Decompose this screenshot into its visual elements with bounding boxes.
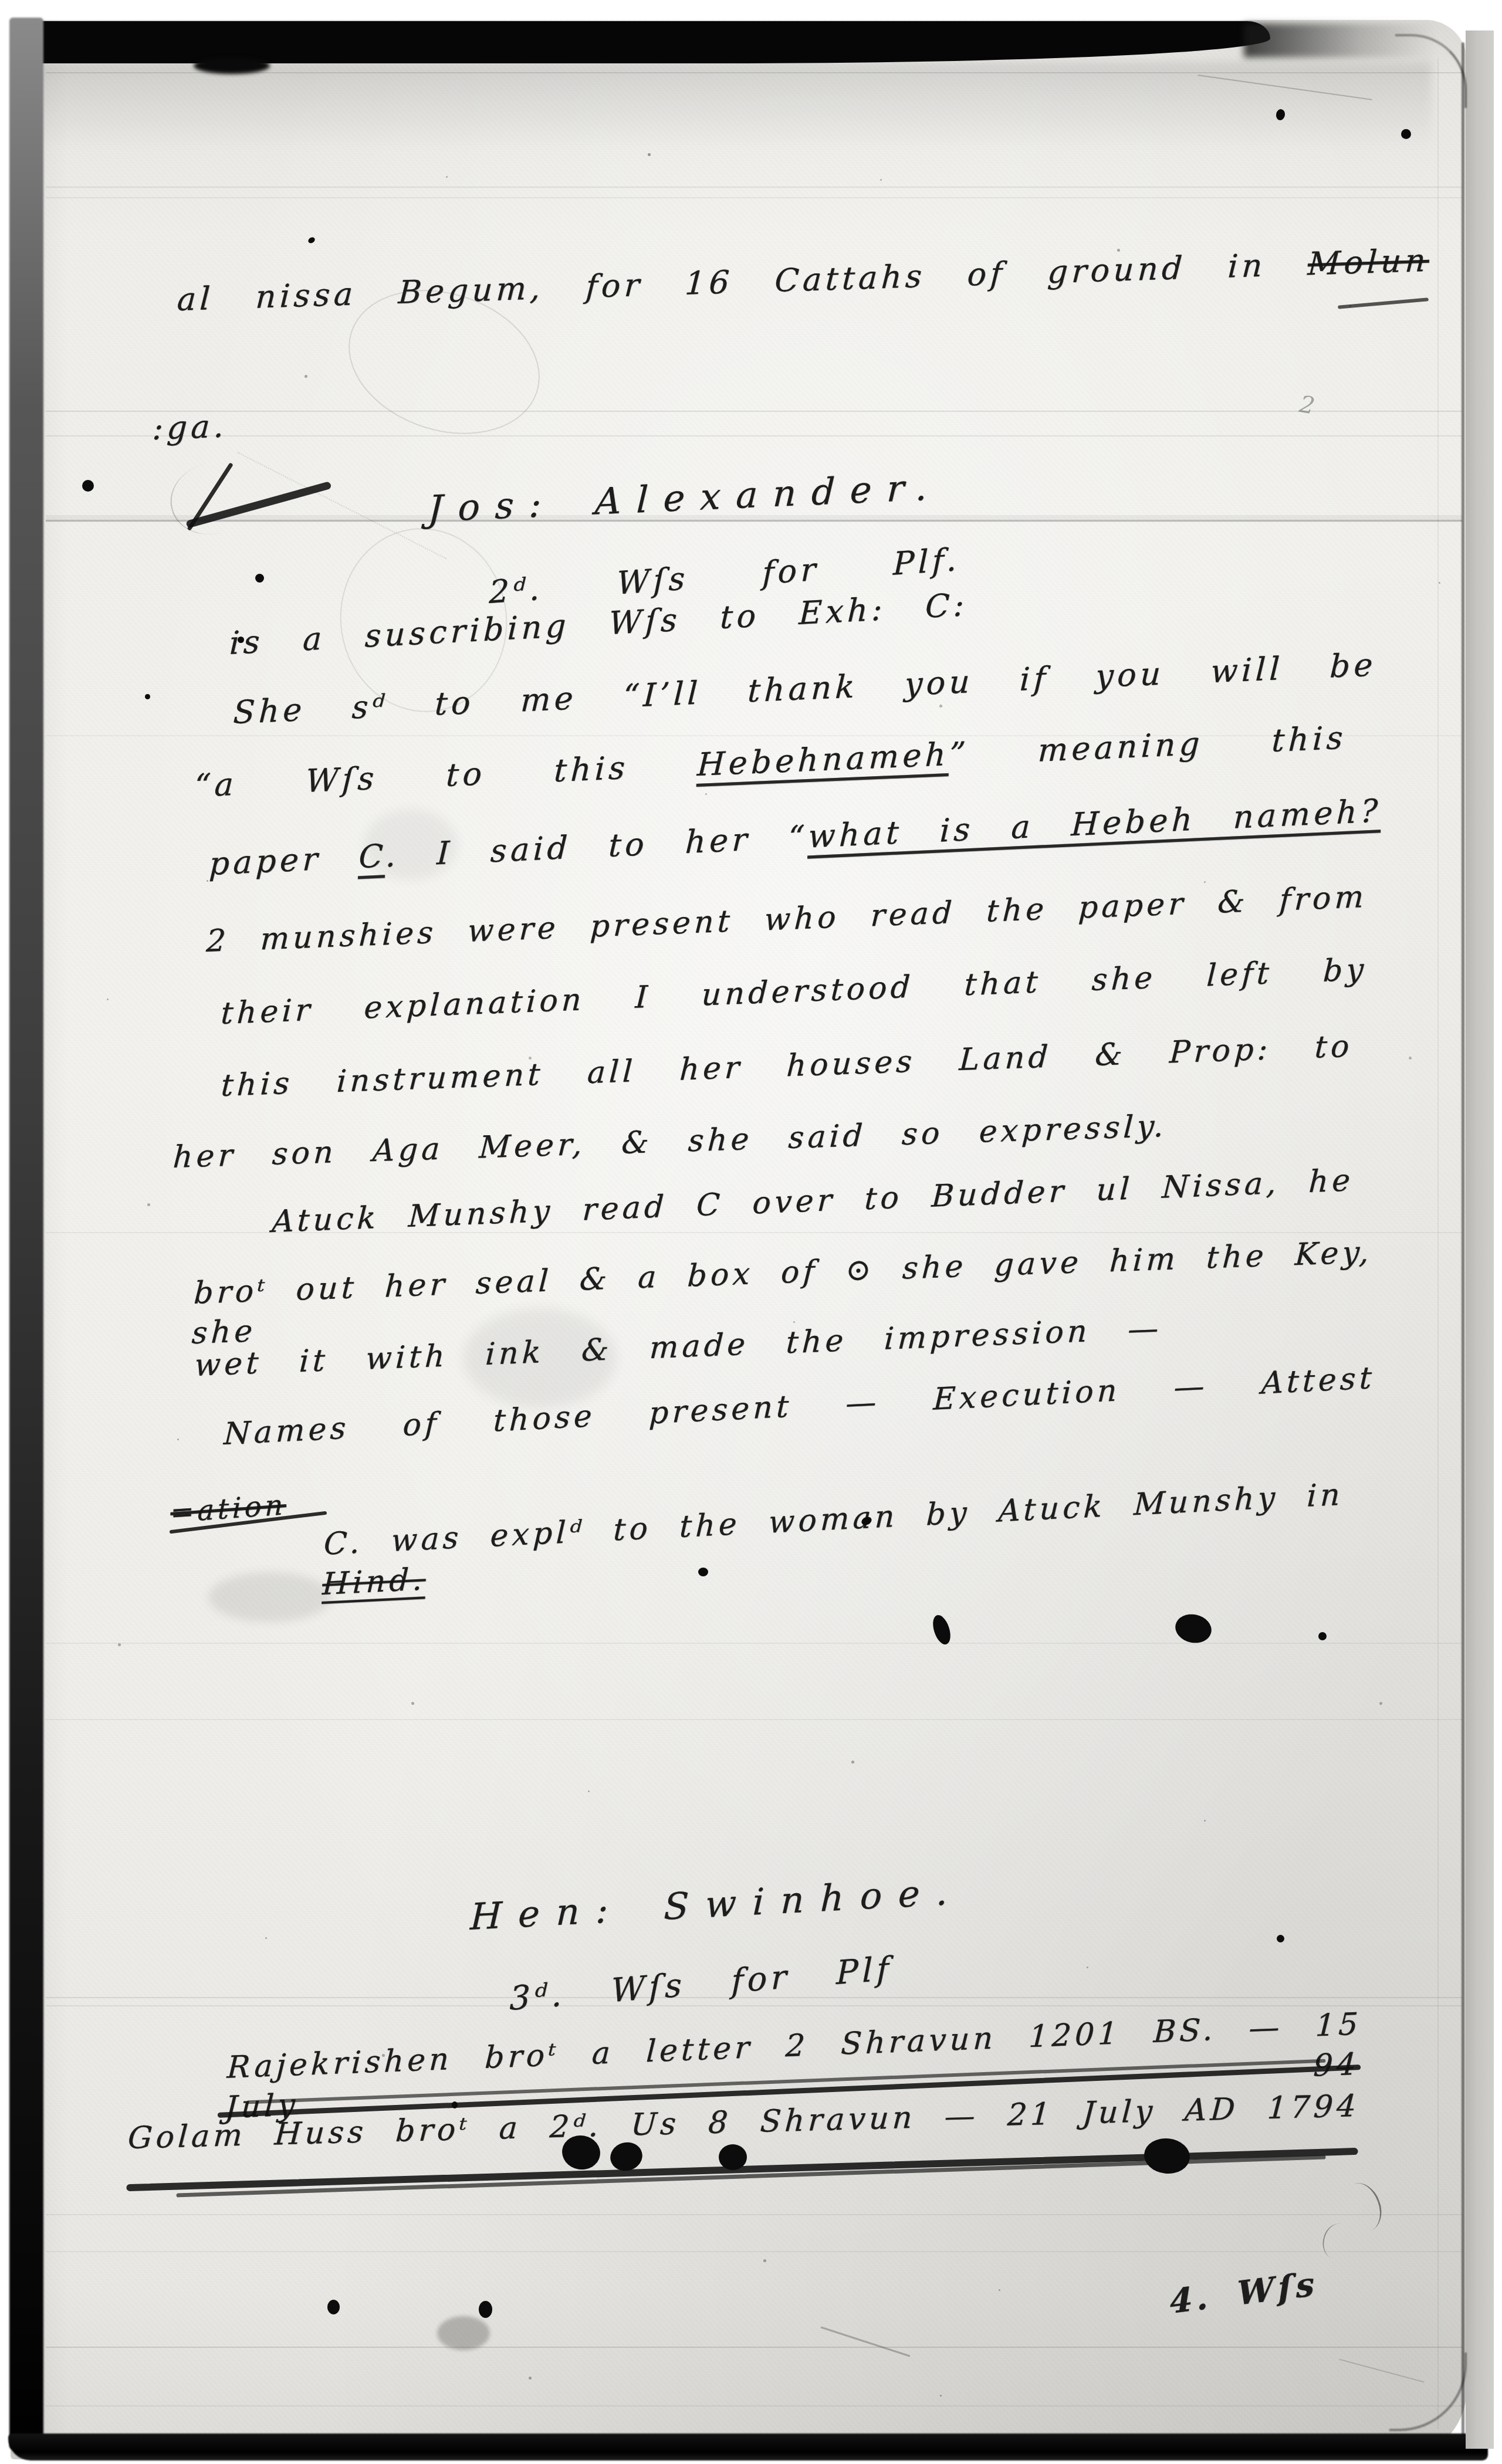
scan-line bbox=[46, 1719, 1462, 1720]
ink-blot bbox=[1277, 1935, 1284, 1942]
scanned-manuscript-page: al nissa Begum, for 16 Cattahs of ground… bbox=[0, 0, 1502, 2464]
scan-line bbox=[46, 2005, 1462, 2006]
ink-smudge bbox=[208, 1572, 331, 1622]
ink-smudge bbox=[437, 2316, 490, 2350]
page-edge-right-gutter bbox=[1466, 31, 1494, 2449]
page-edge-bottom bbox=[8, 2433, 1488, 2460]
ink-smudge bbox=[464, 1308, 616, 1408]
scan-line bbox=[46, 187, 1462, 188]
scan-line bbox=[46, 1643, 1462, 1644]
ink-blot bbox=[327, 2300, 340, 2314]
underlined-word-hebehnameh: Hebehnameh bbox=[696, 736, 950, 783]
ink-blot bbox=[145, 694, 150, 699]
struck-word: Molun bbox=[1307, 242, 1430, 283]
scan-line bbox=[46, 520, 1462, 522]
ink-blot bbox=[1318, 1632, 1327, 1640]
scan-line bbox=[46, 2251, 1462, 2252]
ink-blot bbox=[452, 2101, 458, 2108]
ink-blot bbox=[479, 2301, 492, 2318]
ink-blot bbox=[255, 574, 264, 583]
line-text: :ga. bbox=[151, 407, 228, 447]
ink-blot bbox=[719, 2144, 747, 2170]
ink-blot bbox=[238, 637, 244, 643]
page-edge-top bbox=[23, 21, 1270, 63]
page-edge-left bbox=[9, 18, 43, 2449]
page-edge-right bbox=[1462, 42, 1464, 2436]
page-edge-top bbox=[194, 57, 270, 74]
ink-blot bbox=[698, 1568, 708, 1576]
ink-blot bbox=[82, 480, 94, 492]
line-text: paper bbox=[208, 838, 360, 882]
scan-line bbox=[46, 2214, 1462, 2215]
scan-line bbox=[46, 2347, 1462, 2348]
scan-line bbox=[46, 197, 1462, 198]
scan-line bbox=[46, 435, 1462, 436]
page-edge-shadow bbox=[23, 62, 1432, 150]
struck-underlined-word-hind: Hind. bbox=[322, 1562, 427, 1602]
ink-smudge bbox=[364, 810, 458, 880]
line-ga-hyphenation: :ga. bbox=[151, 405, 229, 449]
scan-line bbox=[46, 1232, 1462, 1233]
scan-line bbox=[46, 2405, 1462, 2407]
scan-line bbox=[46, 411, 1462, 412]
dust-speckles bbox=[0, 0, 2, 2]
scan-line-vertical bbox=[1437, 59, 1439, 2429]
